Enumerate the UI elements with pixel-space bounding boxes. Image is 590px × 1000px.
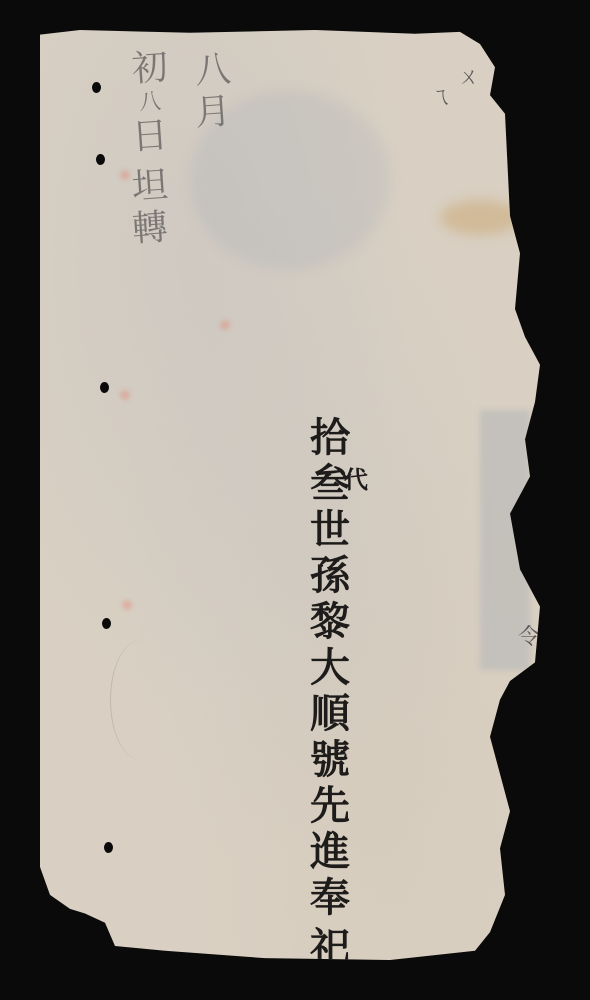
- inscription-char: 號: [310, 737, 350, 783]
- annotation-char: 坦: [131, 165, 170, 209]
- edge-fragment-glyph: ㄟ: [430, 80, 452, 111]
- edge-fragment-glyph: 令: [518, 620, 540, 651]
- manuscript-page: ㄨ ㄟ 令 八 月 初 八 日 坦 轉 拾 叁 代 世 孫 黎 大 順 號 先 …: [40, 30, 540, 960]
- annotation-char: 八: [138, 89, 162, 116]
- annotation-date-note: 初 八 日 坦 轉: [132, 48, 168, 250]
- fold-crease: [110, 640, 171, 760]
- inscription-small-char: 代: [344, 467, 368, 493]
- annotation-char: 八: [194, 49, 233, 93]
- inscription-char: 祀: [310, 925, 350, 971]
- annotation-char: 轉: [131, 207, 170, 251]
- vermilion-speck: [122, 600, 132, 610]
- inscription-char: 奉: [310, 875, 350, 921]
- inscription-char: 拾: [310, 415, 350, 461]
- binding-hole: [102, 618, 111, 629]
- inscription-char: 黎: [310, 599, 350, 645]
- vermilion-speck: [120, 170, 130, 180]
- water-stain: [440, 200, 520, 235]
- binding-hole: [96, 154, 105, 165]
- vermilion-speck: [120, 390, 130, 400]
- inscription-char: 世: [310, 507, 350, 553]
- annotation-char: 初: [131, 47, 170, 91]
- binding-hole: [100, 382, 109, 393]
- edge-fragment-glyph: ㄨ: [458, 60, 480, 91]
- annotation-month: 八 月: [195, 50, 231, 134]
- inscription-char: 進: [310, 829, 350, 875]
- binding-hole: [92, 82, 101, 93]
- vermilion-speck: [500, 730, 510, 740]
- annotation-char: 月: [194, 91, 233, 135]
- vermilion-speck: [220, 320, 230, 330]
- inscription-char: 大: [310, 645, 350, 691]
- inscription-char: 順: [310, 691, 350, 737]
- inscription-char: 孫: [310, 553, 350, 599]
- annotation-char: 日: [131, 115, 170, 159]
- inscription-char: 先: [310, 783, 350, 829]
- main-inscription: 拾 叁 代 世 孫 黎 大 順 號 先 進 奉 祀: [310, 415, 350, 971]
- binding-hole: [104, 842, 113, 853]
